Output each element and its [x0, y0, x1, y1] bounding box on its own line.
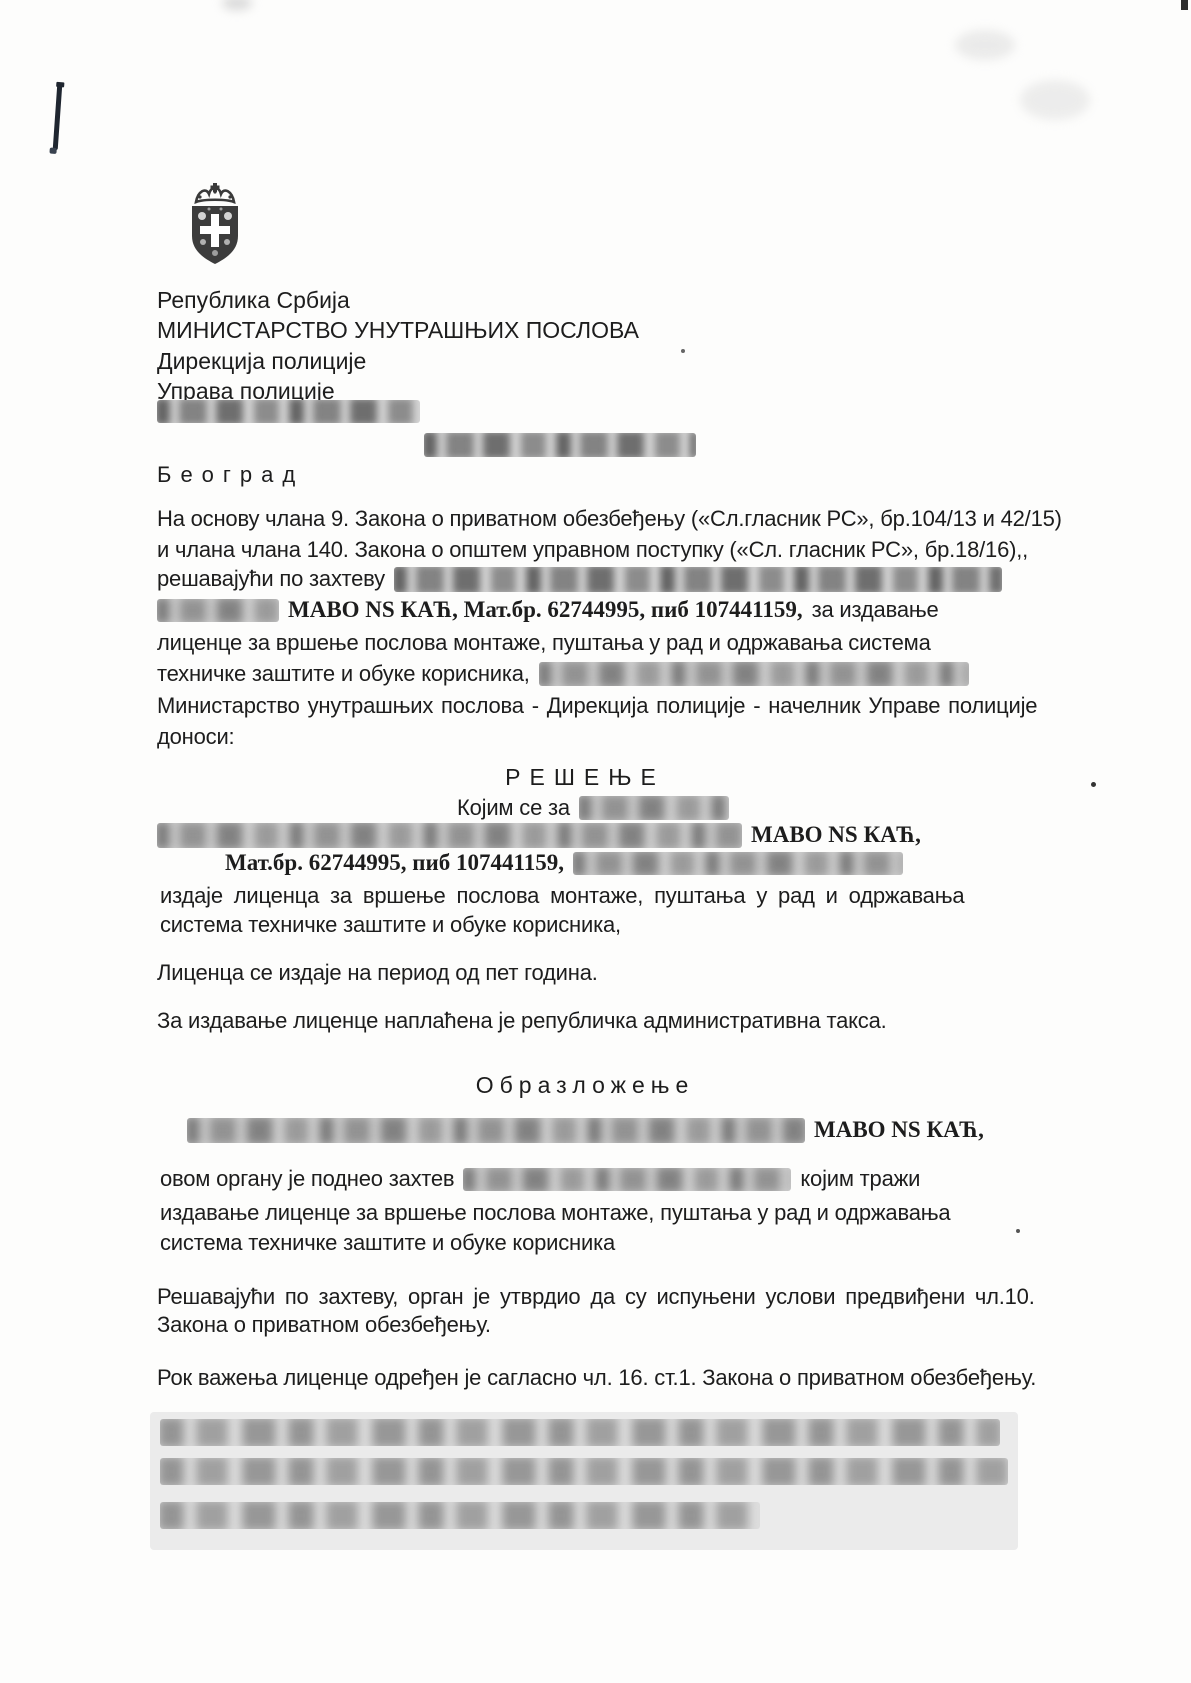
intro-line-5: лиценце за вршење послова монтаже, пушта…: [157, 630, 931, 656]
redacted-company-details: [187, 1118, 805, 1143]
scan-corner-mark: [1181, 0, 1188, 10]
explanation-line-1-suffix: којим тражи: [800, 1166, 920, 1192]
redacted-company-details: [157, 823, 742, 848]
redacted-address: [573, 852, 903, 875]
resolution-kojim-line: Којим се за: [457, 795, 729, 821]
explanation-heading: Образложење: [0, 1072, 1170, 1099]
header-country: Република Србија: [157, 287, 350, 313]
redacted-case-number: [157, 400, 420, 423]
intro-line-3: решавајући по захтеву: [157, 566, 1002, 592]
redacted-reference: [539, 662, 969, 686]
resolution-period: Лиценца се издаје на период од пет годин…: [157, 960, 598, 986]
resolution-body-2: система техничке заштите и обуке корисни…: [160, 912, 621, 938]
intro-line-1: На основу члана 9. Закона о приватном об…: [157, 506, 1062, 532]
explanation-line-1-prefix: овом органу је поднео захтев: [160, 1166, 454, 1192]
intro-line-6-text: техничке заштите и обуке корисника,: [157, 661, 530, 687]
explanation-name-line: МАВО NS КАЋ,: [187, 1117, 984, 1143]
explanation-line-6: Рок важења лиценце одређен је сагласно ч…: [157, 1365, 1036, 1391]
scan-speck: [1016, 1229, 1020, 1233]
resolution-taksa: За издавање лиценце наплаћена је републи…: [157, 1008, 887, 1034]
redacted-text-line: [160, 1458, 1008, 1485]
explanation-line-3: система техничке заштите и обуке корисни…: [160, 1230, 615, 1256]
explanation-line-2: издавање лиценце за вршење послова монта…: [160, 1200, 950, 1226]
redacted-short: [579, 796, 729, 820]
resolution-matbr-line: Мат.бр. 62744995, пиб 107441159,: [225, 850, 903, 876]
kojim-text: Којим се за: [457, 795, 570, 821]
header-ministry: МИНИСТАРСТВО УНУТРАШЊИХ ПОСЛОВА: [157, 317, 639, 343]
explanation-line-4: Решавајући по захтеву, орган је утврдио …: [157, 1284, 1035, 1310]
explanation-line-5: Закона о приватном обезбеђењу.: [157, 1312, 491, 1338]
scanned-document-page: { "document": { "header": { "country": "…: [0, 0, 1191, 1683]
intro-line-4: МАВО NS КАЋ, Мат.бр. 62744995, пиб 10744…: [157, 597, 939, 623]
scan-smudge: [222, 0, 252, 10]
header-directorate: Дирекција полиције: [157, 348, 366, 374]
scan-smudge: [1020, 80, 1090, 120]
redacted-request-number: [463, 1168, 791, 1191]
redacted-text-line: [160, 1502, 760, 1529]
matbr-bold: Мат.бр. 62744995, пиб 107441159,: [225, 850, 564, 876]
resolution-name-line: МАВО NS КАЋ,: [157, 822, 921, 848]
redacted-name-part: [157, 599, 279, 622]
header-city: Београд: [157, 462, 304, 488]
scan-smudge: [955, 30, 1015, 60]
company-name-bold: МАВО NS КАЋ,: [751, 822, 921, 848]
serbia-coat-of-arms-icon: [186, 183, 244, 272]
intro-line-3-text: решавајући по захтеву: [157, 566, 385, 592]
scan-speck: [681, 349, 685, 353]
intro-line-7: Министарство унутрашњих послова - Дирекц…: [157, 693, 1037, 719]
resolution-heading: РЕШЕЊЕ: [0, 764, 1170, 791]
company-name-bold: МАВО NS КАЋ,: [814, 1117, 984, 1143]
intro-line-4-suffix: за издавање: [812, 597, 939, 623]
redacted-text-line: [160, 1419, 1000, 1446]
intro-line-2: и члана члана 140. Закона о општем управ…: [157, 537, 1028, 563]
company-name-bold: МАВО NS КАЋ, Мат.бр. 62744995, пиб 10744…: [288, 597, 803, 623]
resolution-body-1: издаје лиценца за вршење послова монтаже…: [160, 883, 964, 909]
redacted-closing-paragraph: [150, 1412, 1018, 1550]
pen-mark-artifact: [53, 84, 63, 150]
intro-line-8: доноси:: [157, 724, 234, 750]
redacted-date: [424, 433, 696, 457]
redacted-applicant: [394, 567, 1002, 592]
intro-line-6: техничке заштите и обуке корисника,: [157, 661, 969, 687]
explanation-line-1: овом органу је поднео захтев којим тражи: [160, 1166, 920, 1192]
